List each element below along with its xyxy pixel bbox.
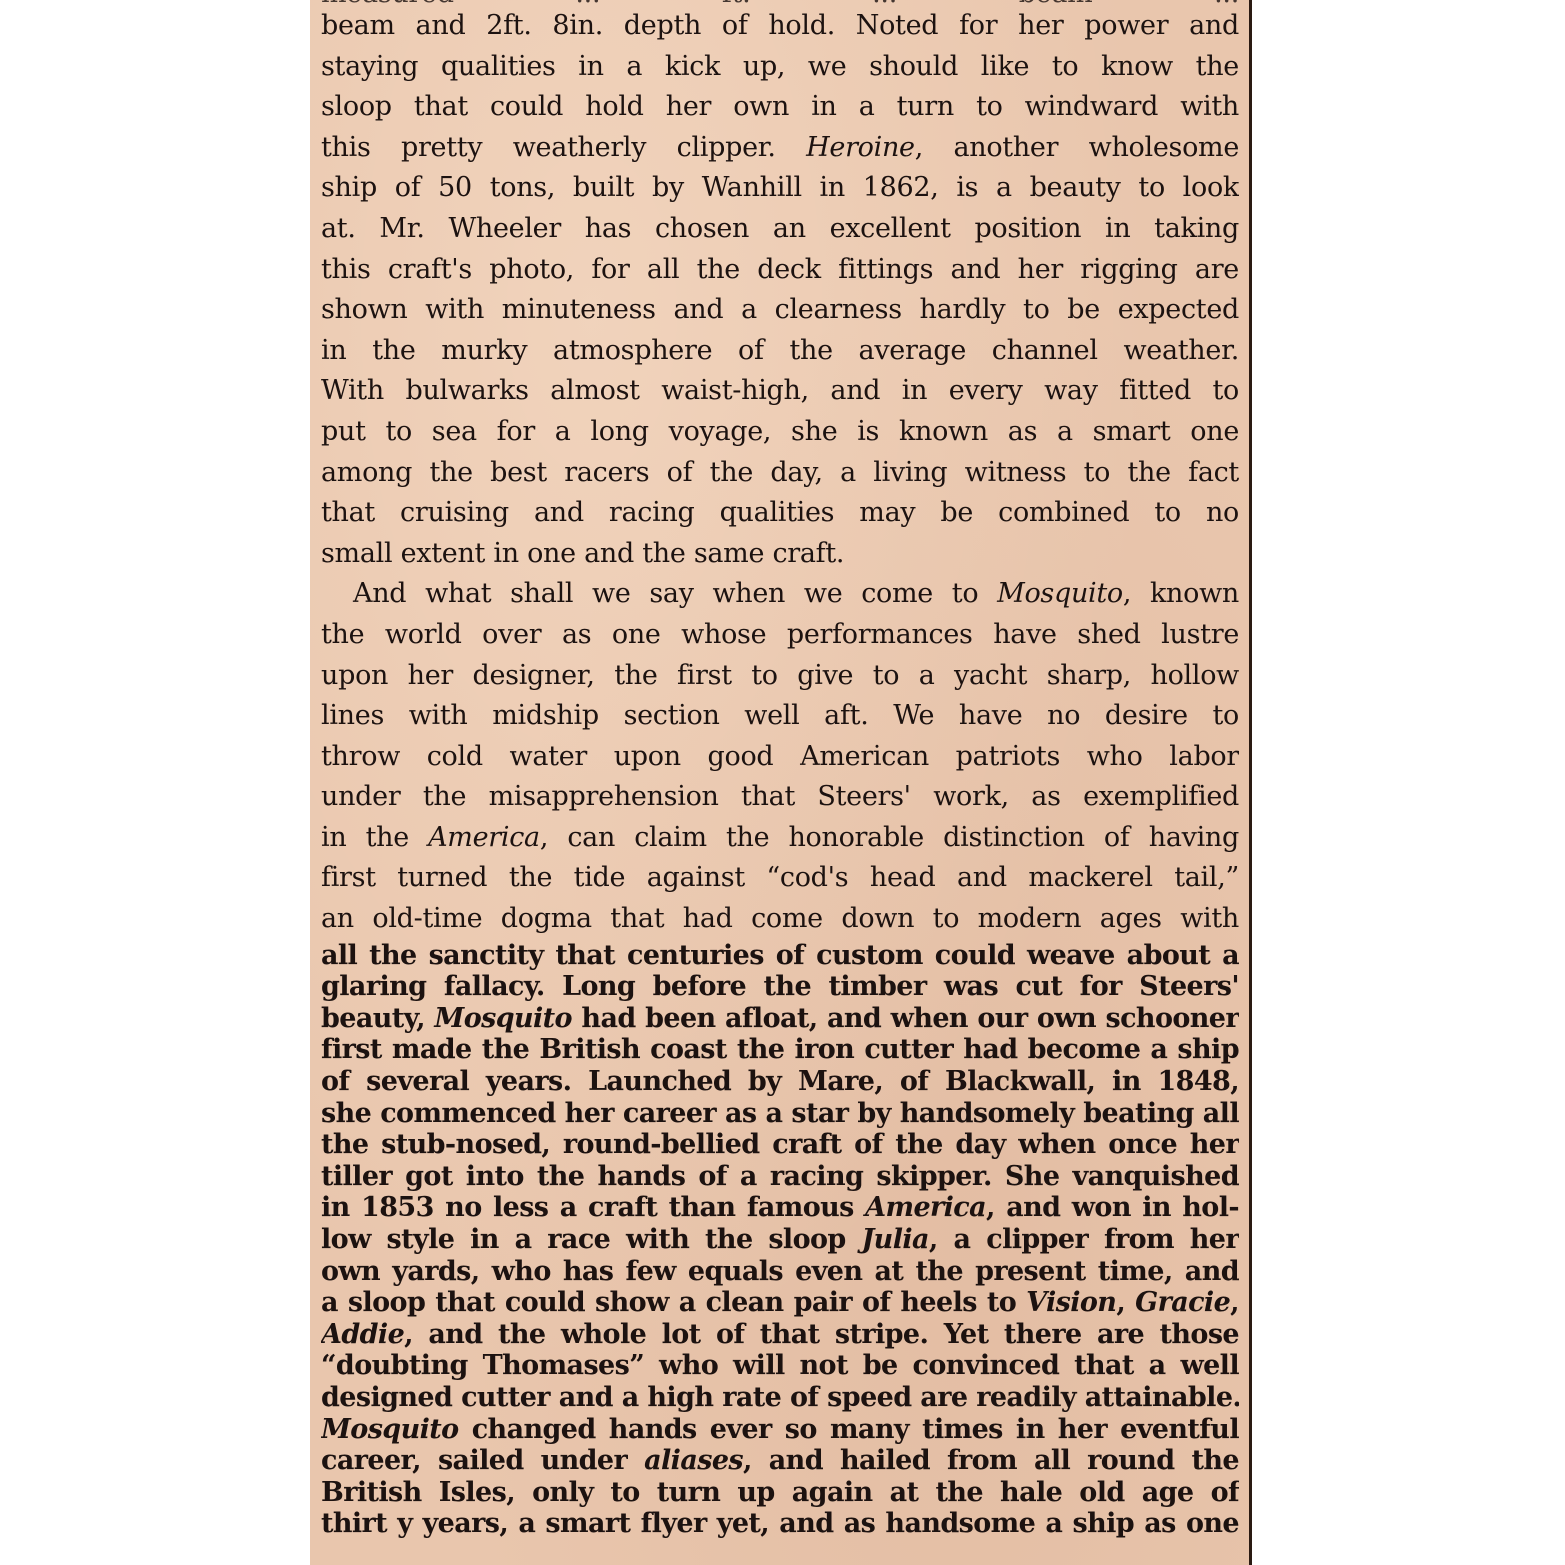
article-text: measured ... ft. ... beam ... beam and 2… bbox=[321, 0, 1239, 1540]
text-line: beam and 2ft. 8in. depth of hold. Noted … bbox=[321, 6, 1239, 47]
italic-ship-name: Mosquito bbox=[997, 578, 1123, 609]
text-line: staying qualities in a kick up, we shoul… bbox=[321, 47, 1239, 88]
text-line: thirt y years, a smart flyer yet, and as… bbox=[321, 1508, 1239, 1540]
italic-ship-name: Mosquito bbox=[321, 1414, 459, 1445]
text-line: first made the British coast the iron cu… bbox=[321, 1034, 1239, 1066]
text-line: sloop that could hold her own in a turn … bbox=[321, 87, 1239, 128]
text-line: in 1853 no less a craft than famous Amer… bbox=[321, 1192, 1239, 1224]
partial-top-line: measured ... ft. ... beam ... bbox=[321, 0, 1239, 6]
text-line: low style in a race with the sloop Julia… bbox=[321, 1224, 1239, 1256]
paragraph-2-continued: all the sanctity that centuries of custo… bbox=[321, 940, 1239, 1540]
page: measured ... ft. ... beam ... beam and 2… bbox=[0, 0, 1565, 1565]
text-line: this craft's photo, for all the deck fit… bbox=[321, 250, 1239, 291]
text-line: upon her designer, the first to give to … bbox=[321, 656, 1239, 697]
text-line: glaring fallacy. Long before the timber … bbox=[321, 971, 1239, 1003]
italic-ship-name: Julia bbox=[862, 1224, 929, 1255]
text-line: the stub-nosed, round-bellied craft of t… bbox=[321, 1129, 1239, 1161]
text-line: this pretty weatherly clipper. Heroine, … bbox=[321, 128, 1239, 169]
text-line: an old-time dogma that had come down to … bbox=[321, 899, 1239, 940]
paragraph-2: And what shall we say when we come to Mo… bbox=[321, 574, 1239, 939]
text-line: tiller got into the hands of a racing sk… bbox=[321, 1161, 1239, 1193]
italic-ship-name: Vision bbox=[1026, 1287, 1116, 1318]
text-line: in the murky atmosphere of the average c… bbox=[321, 331, 1239, 372]
text-line: in the America, can claim the honorable … bbox=[321, 818, 1239, 859]
text-line: first turned the tide against “cod's hea… bbox=[321, 858, 1239, 899]
italic-ship-name: America bbox=[428, 822, 540, 853]
newspaper-clipping: measured ... ft. ... beam ... beam and 2… bbox=[310, 0, 1252, 1565]
italic-ship-name: Heroine bbox=[806, 132, 915, 163]
text-line: a sloop that could show a clean pair of … bbox=[321, 1287, 1239, 1319]
text-line: among the best racers of the day, a livi… bbox=[321, 453, 1239, 494]
text-line: at. Mr. Wheeler has chosen an excellent … bbox=[321, 209, 1239, 250]
text-line: career, sailed under aliases, and hailed… bbox=[321, 1445, 1239, 1477]
text-line: shown with minuteness and a clearness ha… bbox=[321, 290, 1239, 331]
text-line: all the sanctity that centuries of custo… bbox=[321, 940, 1239, 972]
text-line: under the misapprehension that Steers' w… bbox=[321, 777, 1239, 818]
text-line: own yards, who has few equals even at th… bbox=[321, 1256, 1239, 1288]
text-line: British Isles, only to turn up again at … bbox=[321, 1477, 1239, 1509]
text-line: designed cutter and a high rate of speed… bbox=[321, 1382, 1239, 1414]
text-line: With bulwarks almost waist-high, and in … bbox=[321, 371, 1239, 412]
text-line: lines with midship section well aft. We … bbox=[321, 696, 1239, 737]
text-line: beauty, Mosquito had been afloat, and wh… bbox=[321, 1003, 1239, 1035]
text-line: throw cold water upon good American patr… bbox=[321, 737, 1239, 778]
text-line: “doubting Thomases” who will not be conv… bbox=[321, 1350, 1239, 1382]
italic-ship-name: Gracie bbox=[1135, 1287, 1230, 1318]
text-line: ship of 50 tons, built by Wanhill in 186… bbox=[321, 168, 1239, 209]
text-line: And what shall we say when we come to Mo… bbox=[321, 574, 1239, 615]
text-line: Mosquito changed hands ever so many time… bbox=[321, 1414, 1239, 1446]
text-line: the world over as one whose performances… bbox=[321, 615, 1239, 656]
text-line: put to sea for a long voyage, she is kno… bbox=[321, 412, 1239, 453]
italic-ship-name: Mosquito bbox=[434, 1003, 572, 1034]
text-line: she commenced her career as a star by ha… bbox=[321, 1098, 1239, 1130]
text-line: that cruising and racing qualities may b… bbox=[321, 493, 1239, 534]
text-line: small extent in one and the same craft. bbox=[321, 534, 1239, 575]
italic-ship-name: Addie bbox=[321, 1319, 404, 1350]
text-line: Addie, and the whole lot of that stripe.… bbox=[321, 1319, 1239, 1351]
italic-ship-name: aliases bbox=[644, 1445, 743, 1476]
text-line: of several years. Launched by Mare, of B… bbox=[321, 1066, 1239, 1098]
italic-ship-name: America bbox=[865, 1192, 986, 1223]
paragraph-1: beam and 2ft. 8in. depth of hold. Noted … bbox=[321, 6, 1239, 574]
